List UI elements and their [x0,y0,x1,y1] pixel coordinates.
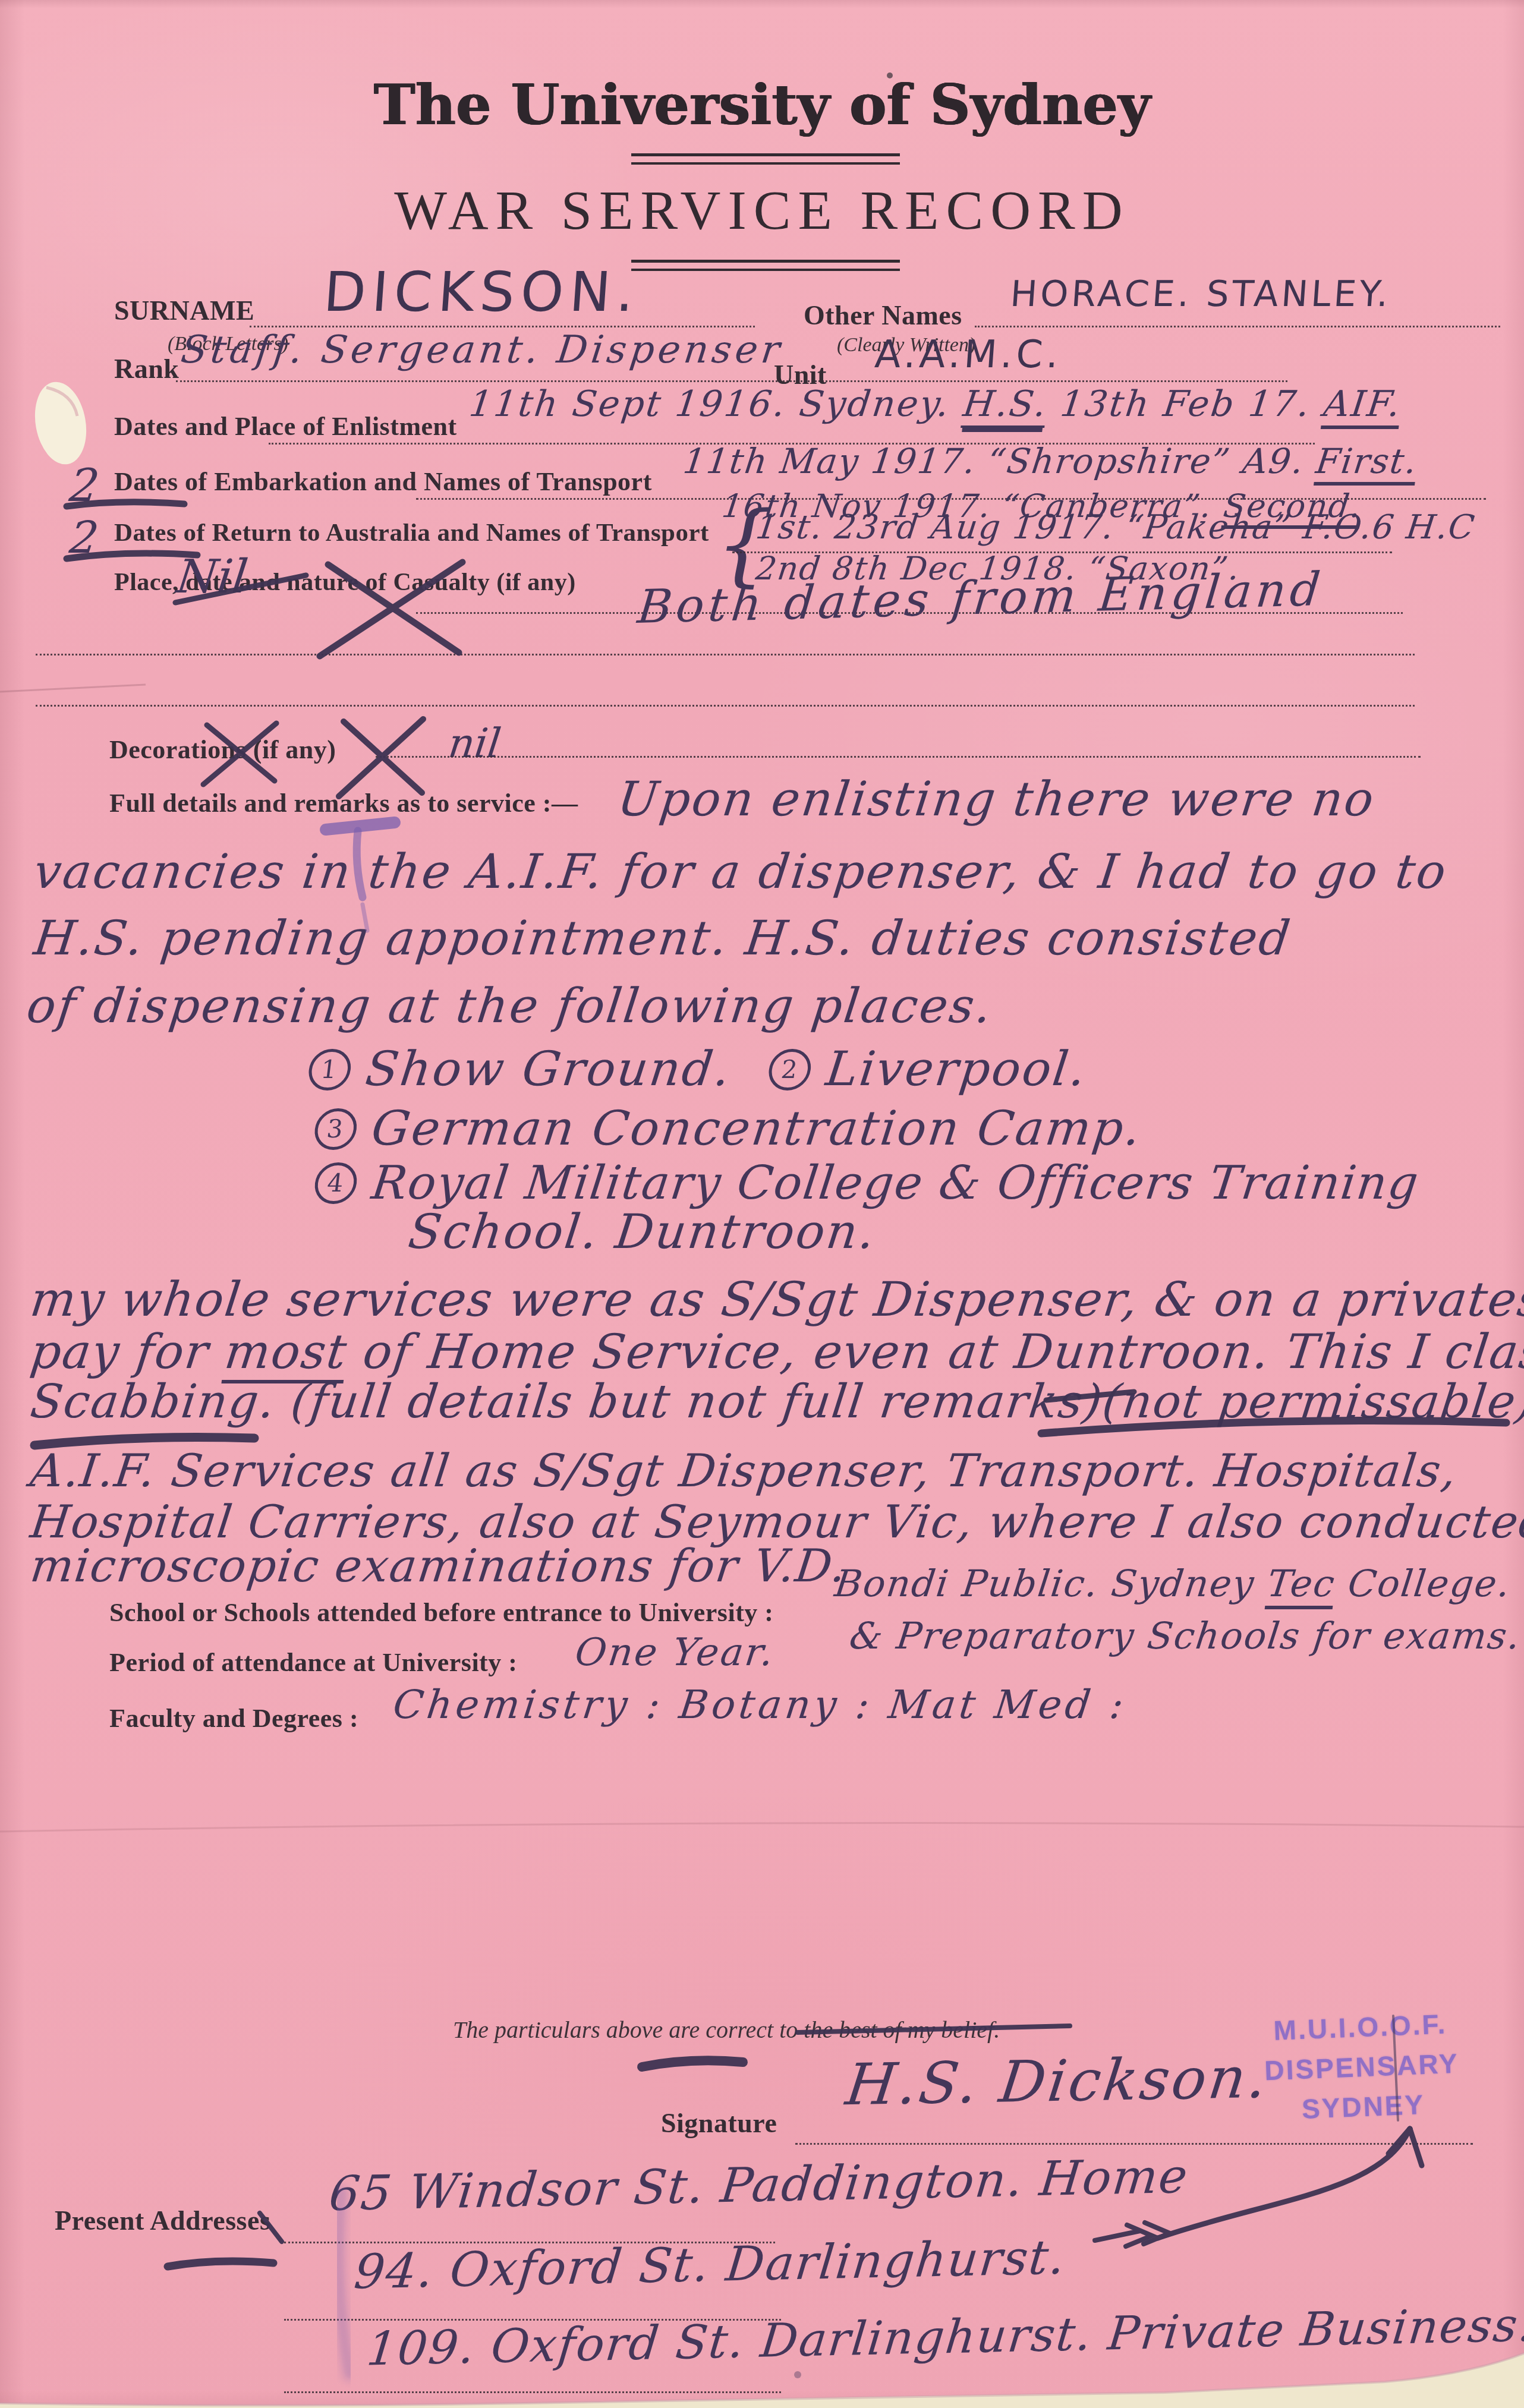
schools-value-line2: & Preparatory Schools for exams. [848,1614,1523,1657]
rank-value: Staff. Sergeant. Dispenser [178,328,786,372]
enlistment-aif: AIF. [1321,383,1404,429]
decorations-rule [376,756,1421,758]
signature-value: H.S. Dickson. [842,2044,1273,2118]
enlistment-aif-date: 13th Feb 17. [1058,383,1314,425]
present-addresses-label: Present Addresses [55,2205,270,2236]
place-2: Liverpool. [823,1041,1090,1096]
schools-label: School or Schools attended before entran… [109,1597,773,1628]
rank-rule [176,380,1287,382]
other-names-value: HORACE. STANLEY. [1009,273,1393,315]
schools-tec-underlined: Tec [1264,1562,1338,1609]
period-label: Period of attendance at University : [109,1647,517,1678]
remarks-para3-line1: A.I.F. Services all as S/Sgt Dispenser, … [28,1444,1461,1497]
circled-number-4: 4 [313,1162,360,1204]
ink-speck-bottom [794,2371,801,2378]
remarks-para2-line1: my whole services were as S/Sgt Dispense… [27,1272,1524,1327]
ornamental-rule-bottom [631,260,900,271]
para2-most-underlined: most [221,1324,351,1383]
surname-value: DICKSON. [322,260,642,324]
enlistment-date-place: 11th Sept 1916. Sydney. [467,383,953,425]
addresses-underline [168,2261,273,2267]
address-rule-3 [284,2391,781,2393]
return-margin-note: 2 [67,512,102,563]
blank-rule-2 [36,705,1415,707]
enlistment-hs: H.S. [961,383,1050,428]
address-line-3: 109. Oxford St. Darlinghurst. Private Bu… [364,2298,1524,2376]
embarkation-margin-note: 2 [67,459,102,512]
circled-number-2: 2 [767,1049,814,1090]
casualty-nil-overwrite: Nil [174,550,250,604]
place-3: German Concentration Camp. [369,1101,1145,1156]
return-label: Dates of Return to Australia and Names o… [114,518,709,547]
annotation-arrow-shaft [1158,2129,1410,2238]
address-3-main: 109. Oxford St. Darlinghurst. [364,2308,1095,2376]
embarkation-first: First. [1313,441,1419,486]
place-1: Show Ground. [363,1041,735,1096]
other-names-rule [975,326,1500,327]
declaration-sentence: The particulars above are correct to the… [453,2016,1000,2044]
full-details-label: Full details and remarks as to service :… [109,788,578,818]
war-service-record-document: The University of Sydney WAR SERVICE REC… [0,0,1524,2408]
place-4: Royal Military College & Officers Traini… [369,1156,1422,1210]
circled-number-3: 3 [313,1108,360,1150]
other-names-label: Other Names [804,300,962,331]
declaration-kept: The particulars above are correct [453,2016,779,2043]
remarks-line-3: H.S. pending appointment. H.S. duties co… [31,910,1295,966]
torn-paper-spot [29,378,92,468]
address-1-main: 65 Windsor St. Paddington. [327,2152,1027,2221]
dispensary-stamp: M.U.I.O.O.F. DISPENSARY SYDNEY [1245,2003,1478,2132]
record-title: WAR SERVICE RECORD [0,178,1524,242]
blank-rule-1 [36,654,1415,655]
address-line-2: 94. Oxford St. Darlinghurst. [352,2230,1069,2300]
ornamental-rule-top [631,153,900,165]
remarks-line-1: Upon enlisting there were no [615,771,1378,827]
enlistment-value: 11th Sept 1916. Sydney. H.S. 13th Feb 17… [467,383,1404,425]
address-1-note: Home [1021,2148,1191,2207]
fold-crease-full [0,1823,1524,1832]
schools-1c: College. [1333,1562,1513,1605]
schools-1a: Bondi Public. Sydney [833,1562,1271,1605]
remarks-places-1-2: 1Show Ground.2Liverpool. [306,1041,1090,1096]
remarks-line-2: vacancies in the A.I.F. for a dispenser,… [31,844,1450,899]
remarks-para3-line3: microscopic examinations for V.D. [28,1539,851,1592]
faculty-label: Faculty and Degrees : [109,1703,358,1733]
signature-rule [795,2143,1473,2145]
period-value: One Year. [572,1631,777,1675]
annotation-arrowhead-a [1388,2129,1410,2154]
chevron-mark-1 [1126,2225,1152,2246]
para2-not-permissable: not permissable [1119,1375,1519,1429]
fold-crease-left [0,685,146,692]
remarks-para2-line2: pay for most of Home Service, even at Du… [27,1324,1524,1379]
chevron-mark-2 [1144,2223,1170,2244]
surname-label: SURNAME [114,295,254,326]
schools-value-line1: Bondi Public. Sydney Tec College. [833,1562,1514,1605]
remarks-line-4: of dispensing at the following places. [24,978,996,1033]
rank-label: Rank [114,353,179,384]
remarks-place-3: 3German Concentration Camp. [311,1101,1145,1156]
unit-value: A.A.M.C. [873,333,1063,377]
address-line-1: 65 Windsor St. Paddington. Home [327,2148,1191,2221]
para2-scabbing: Scabbing. [27,1375,278,1429]
decorations-x2-b [339,719,423,796]
purple-blot-bar [326,822,395,830]
university-title: The University of Sydney [0,73,1524,138]
remarks-place-4: 4Royal Military College & Officers Train… [311,1156,1422,1210]
faculty-value: Chemistry : Botany : Mat Med : [391,1682,1129,1728]
remarks-para2-line3: Scabbing. (full details but not full rem… [27,1375,1524,1429]
remarks-place-4-continued: School. Duntroon. [405,1204,879,1259]
chevron-tail [1095,2231,1140,2240]
para2-3b: (full details but not full remarks)( [272,1375,1126,1429]
decorations-value: nil [446,720,503,767]
embarkation-label: Dates of Embarkation and Names of Transp… [114,467,652,497]
embarkation-line1: 11th May 1917. “Shropshire” A9. First. [681,441,1420,481]
return-line1: 1st. 23rd Aug 1917. “Pakeha” F.O.6 H.C [754,508,1478,547]
torn-spot-shadow [46,387,77,416]
para2-2a: pay for [27,1324,228,1379]
embarkation-transport-1: 11th May 1917. “Shropshire” A9. [681,441,1306,481]
declaration-struck: to the best of my belief. [779,2016,1000,2043]
surname-rule [250,326,755,327]
signature-label: Signature [661,2107,777,2139]
declaration-blob [642,2060,743,2067]
address-3-note: Private Business. [1090,2298,1524,2361]
annotation-arrowhead-b [1410,2129,1422,2166]
enlistment-label: Dates and Place of Enlistment [114,411,457,442]
decorations-label: Decorations (if any) [109,735,336,765]
para2-2c: of Home Service, even at Duntroon. This … [344,1324,1524,1379]
circled-number-1: 1 [307,1049,354,1090]
